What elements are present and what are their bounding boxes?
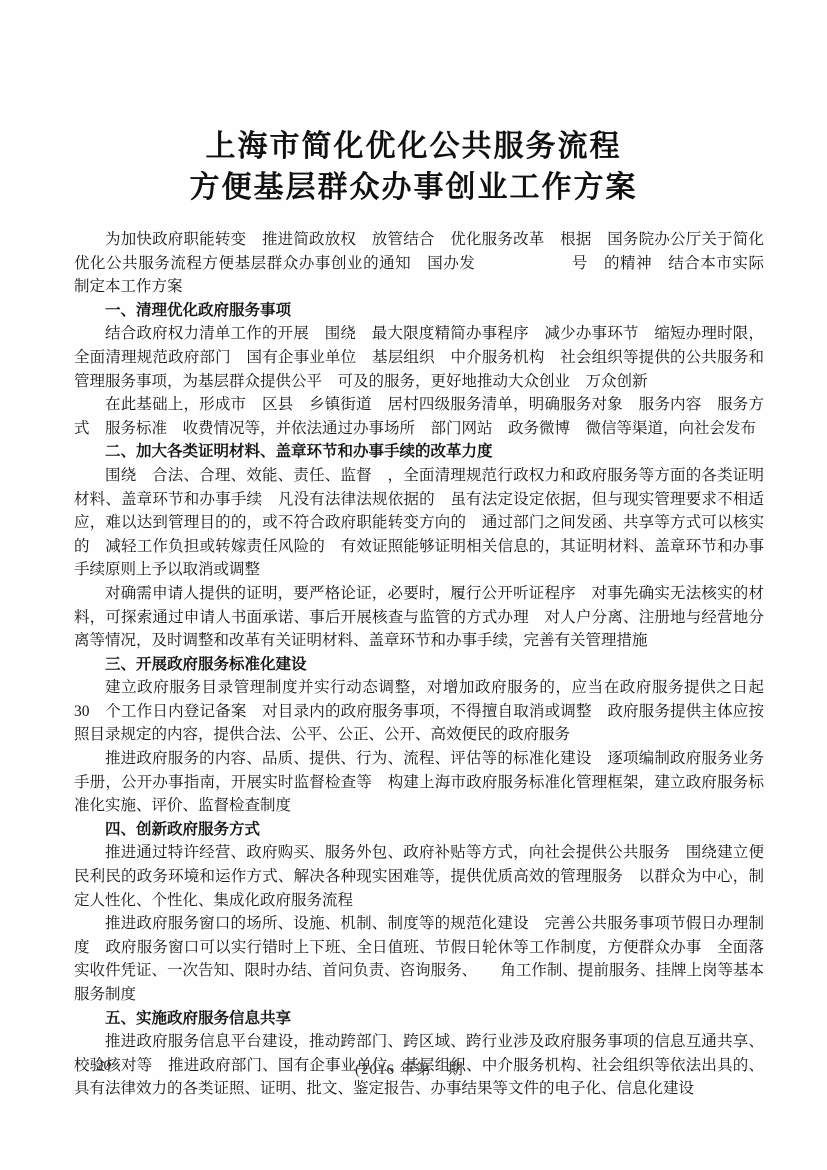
section-2-heading: 二、加大各类证明材料、盖章环节和办事手续的改革力度: [74, 440, 764, 464]
section-2-paragraph: 围绕 合法、合理、效能、责任、监督 ，全面清理规范行政权力和政府服务等方面的各类…: [74, 464, 764, 582]
page-title: 上海市简化优化公共服务流程 方便基层群众办事创业工作方案: [0, 126, 827, 208]
section-5-heading: 五、实施政府服务信息共享: [74, 1007, 764, 1031]
document-page: 上海市简化优化公共服务流程 方便基层群众办事创业工作方案 为加快政府职能转变 推…: [0, 0, 827, 1170]
intro-paragraph: 为加快政府职能转变 推进简政放权 放管结合 优化服务改革 根据 国务院办公厅关于…: [74, 228, 764, 299]
section-4-paragraph: 推进通过特许经营、政府购买、服务外包、政府补贴等方式，向社会提供公共服务 围绕建…: [74, 841, 764, 912]
section-3-heading: 三、开展政府服务标准化建设: [74, 653, 764, 677]
page-footer: 20 (2016 年第 期: [74, 1058, 764, 1082]
section-3-paragraph: 建立政府服务目录管理制度并实行动态调整，对增加政府服务的，应当在政府服务提供之日…: [74, 676, 764, 747]
section-1-paragraph: 在此基础上，形成市 区县 乡镇街道 居村四级服务清单，明确服务对象 服务内容 服…: [74, 393, 764, 440]
section-1-heading: 一、清理优化政府服务事项: [74, 299, 764, 323]
document-body: 为加快政府职能转变 推进简政放权 放管结合 优化服务改革 根据 国务院办公厅关于…: [74, 228, 764, 1101]
footer-issue-label: (2016 年第 期: [355, 1058, 464, 1079]
footer-page-number: 20: [96, 1058, 111, 1075]
section-4-paragraph: 推进政府服务窗口的场所、设施、机制、制度等的规范化建设 完善公共服务事项节假日办…: [74, 912, 764, 1006]
section-1-paragraph: 结合政府权力清单工作的开展 围绕 最大限度精简办事程序 减少办事环节 缩短办理时…: [74, 322, 764, 393]
page-title-line-1: 上海市简化优化公共服务流程: [0, 126, 827, 167]
section-2-paragraph: 对确需申请人提供的证明，要严格论证，必要时，履行公开听证程序 对事先确实无法核实…: [74, 582, 764, 653]
page-title-line-2: 方便基层群众办事创业工作方案: [0, 167, 827, 208]
section-3-paragraph: 推进政府服务的内容、品质、提供、行为、流程、评估等的标准化建设 逐项编制政府服务…: [74, 747, 764, 818]
section-4-heading: 四、创新政府服务方式: [74, 818, 764, 842]
